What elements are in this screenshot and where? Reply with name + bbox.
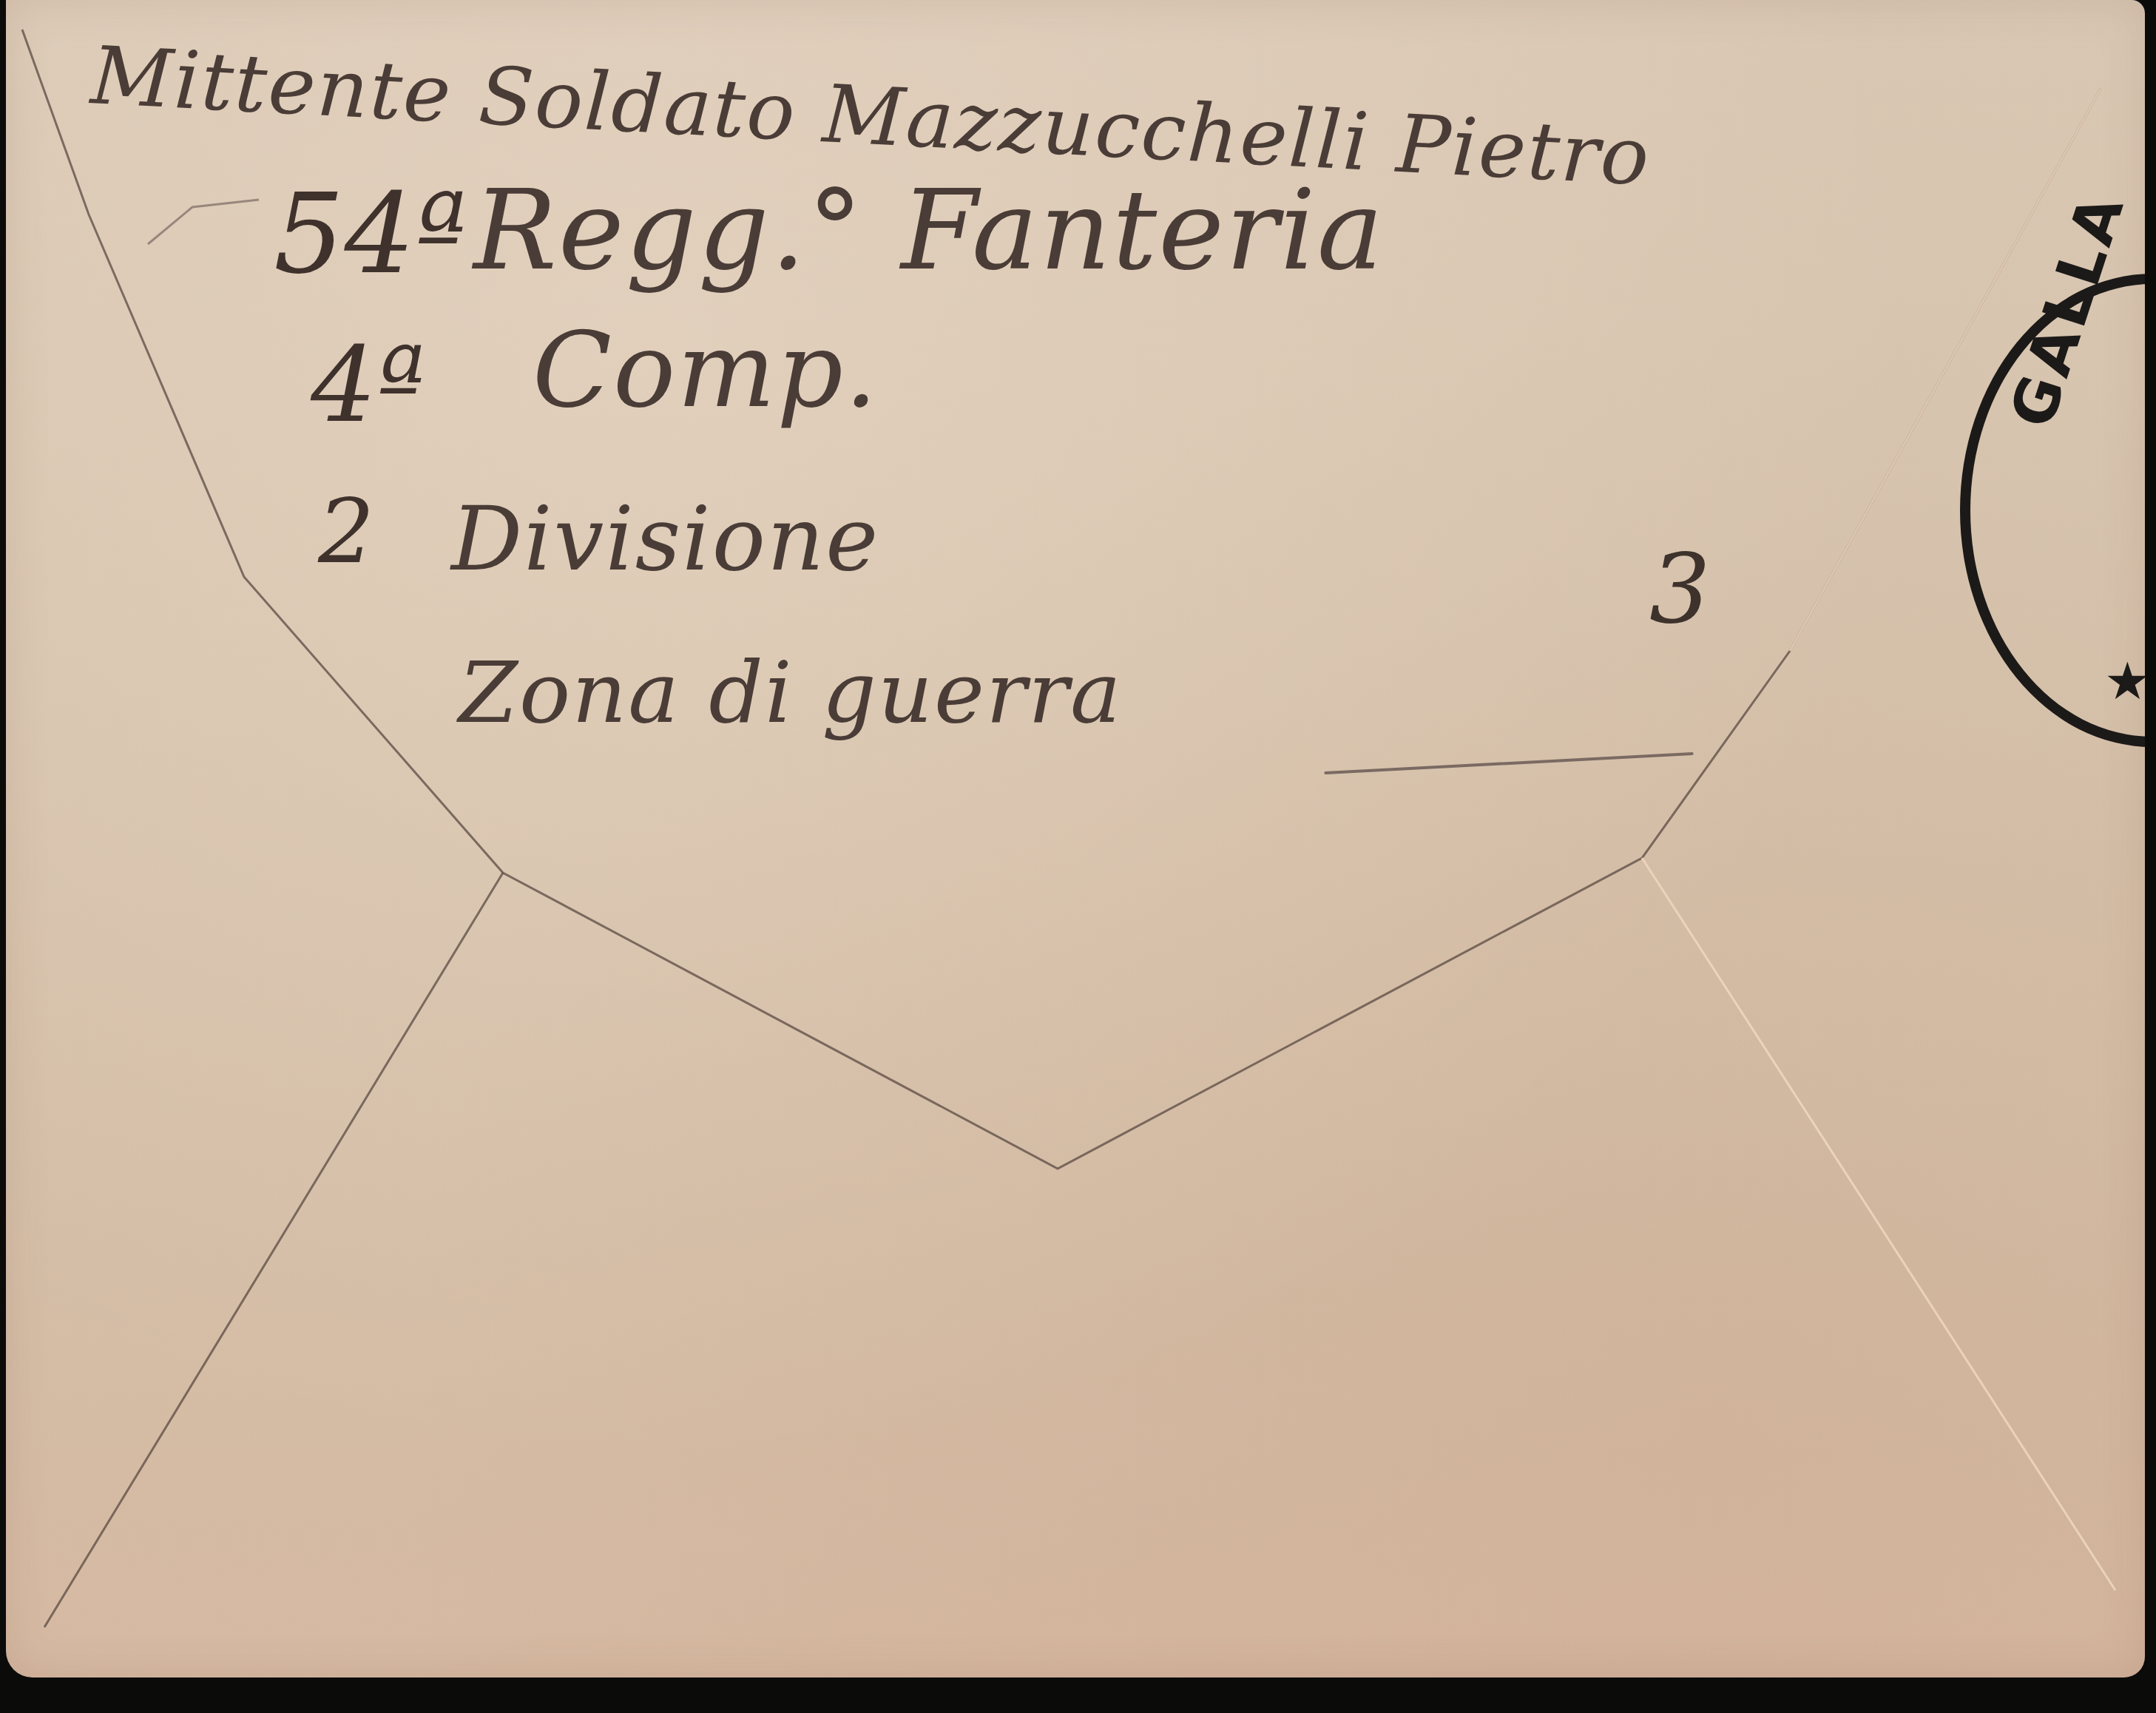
postmark-area: GALLA ★ — [0, 0, 2156, 1713]
scan-background-edge — [2145, 0, 2156, 1713]
postmark-star-icon: ★ — [2104, 651, 2151, 712]
